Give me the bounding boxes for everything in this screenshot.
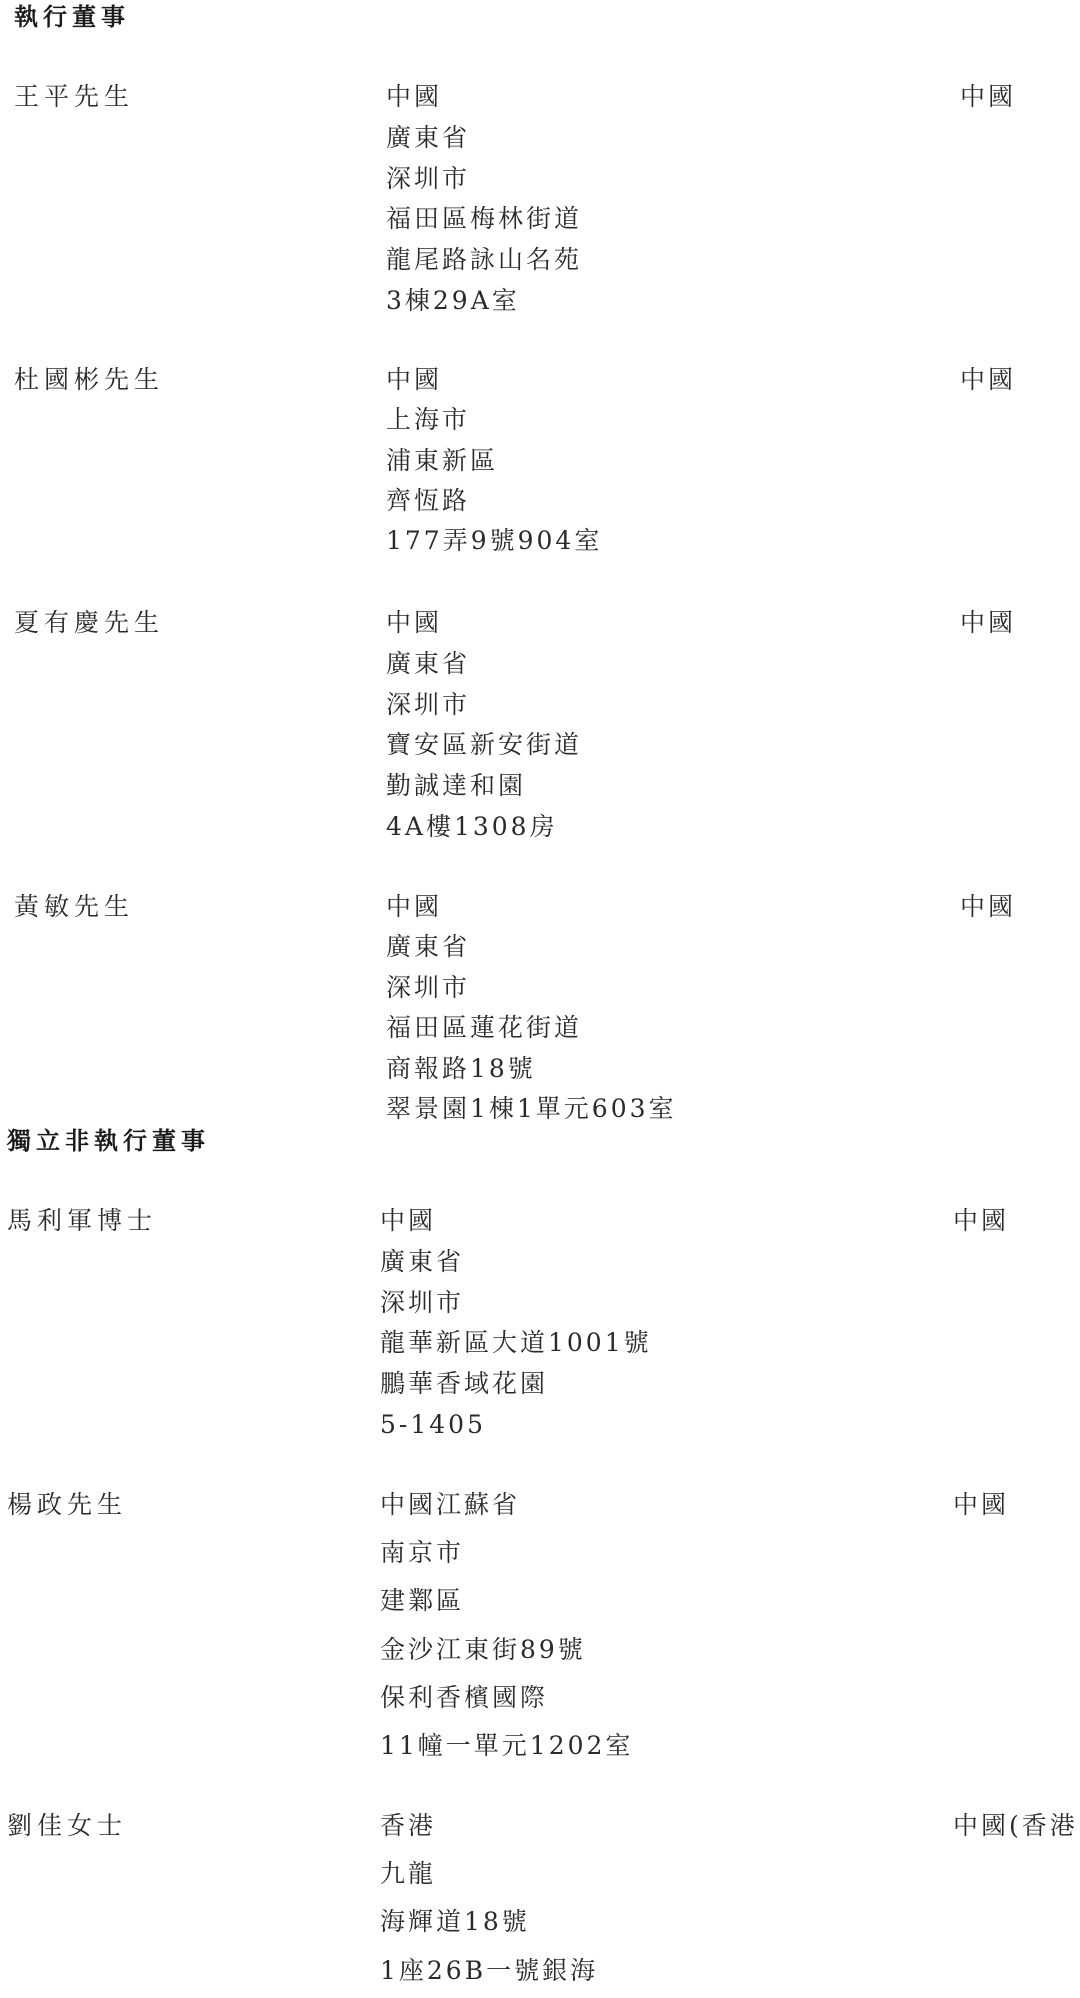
address-line: 深圳市 <box>386 164 582 205</box>
address-line: 中國 <box>386 82 582 123</box>
address-line: 海輝道18號 <box>380 1907 598 1955</box>
address-line: 177弄9號904室 <box>386 526 602 566</box>
address-line: 寶安區新安街道 <box>386 730 582 771</box>
address-line: 鵬華香域花園 <box>380 1369 652 1410</box>
address-line: 福田區蓮花街道 <box>386 1013 677 1053</box>
director-nationality: 中國 <box>960 365 1016 395</box>
address-line: 商報路18號 <box>386 1054 677 1094</box>
address-line: 4A樓1308房 <box>386 812 582 853</box>
director-name: 黃敏先生 <box>14 892 134 922</box>
director-name: 楊政先生 <box>7 1490 127 1520</box>
address-line: 勤誠達和園 <box>386 771 582 812</box>
director-address: 中國 廣東省 深圳市 龍華新區大道1001號 鵬華香域花園 5-1405 <box>380 1206 652 1451</box>
director-name: 馬利軍博士 <box>7 1206 157 1236</box>
address-line: 中國 <box>386 365 602 405</box>
director-address: 中國 廣東省 深圳市 福田區梅林街道 龍尾路詠山名苑 3棟29A室 <box>386 82 582 327</box>
address-line: 中國 <box>386 608 582 649</box>
address-line: 廣東省 <box>380 1247 652 1288</box>
director-name: 王平先生 <box>14 82 134 112</box>
director-nationality: 中國 <box>960 892 1016 922</box>
director-nationality: 中國 <box>960 608 1016 638</box>
section-heading-independent-non-executive-directors: 獨立非執行董事 <box>7 1126 210 1156</box>
address-line: 金沙江東街89號 <box>380 1635 633 1683</box>
address-line: 深圳市 <box>380 1288 652 1329</box>
director-name: 夏有慶先生 <box>14 608 164 638</box>
address-line: 齊恆路 <box>386 486 602 526</box>
director-address: 中國 廣東省 深圳市 福田區蓮花街道 商報路18號 翠景園1棟1單元603室 <box>386 892 677 1134</box>
address-line: 深圳市 <box>386 690 582 731</box>
address-line: 深圳市 <box>386 973 677 1013</box>
director-address: 中國江蘇省 南京市 建鄴區 金沙江東街89號 保利香檳國際 11幢一單元1202… <box>380 1490 633 1779</box>
address-line: 1座26B一號銀海 <box>380 1956 598 1998</box>
director-name: 劉佳女士 <box>7 1811 127 1841</box>
address-line: 廣東省 <box>386 649 582 690</box>
address-line: 保利香檳國際 <box>380 1683 633 1731</box>
address-line: 11幢一單元1202室 <box>380 1731 633 1779</box>
address-line: 翠景園1棟1單元603室 <box>386 1094 677 1134</box>
address-line: 中國 <box>380 1206 652 1247</box>
address-line: 3棟29A室 <box>386 286 582 327</box>
address-line: 5-1405 <box>380 1410 652 1451</box>
address-line: 中國江蘇省 <box>380 1490 633 1538</box>
address-line: 中國 <box>386 892 677 932</box>
director-name: 杜國彬先生 <box>14 365 164 395</box>
section-heading-executive-directors: 執行董事 <box>14 2 130 32</box>
director-nationality: 中國(香港 <box>953 1811 1078 1841</box>
director-address: 中國 上海市 浦東新區 齊恆路 177弄9號904室 <box>386 365 602 566</box>
director-address: 中國 廣東省 深圳市 寶安區新安街道 勤誠達和園 4A樓1308房 <box>386 608 582 853</box>
address-line: 九龍 <box>380 1859 598 1907</box>
address-line: 廣東省 <box>386 123 582 164</box>
address-line: 廣東省 <box>386 932 677 972</box>
address-line: 建鄴區 <box>380 1586 633 1634</box>
address-line: 福田區梅林街道 <box>386 204 582 245</box>
address-line: 南京市 <box>380 1538 633 1586</box>
address-line: 龍華新區大道1001號 <box>380 1328 652 1369</box>
director-address: 香港 九龍 海輝道18號 1座26B一號銀海 <box>380 1811 598 1998</box>
address-line: 上海市 <box>386 405 602 445</box>
director-nationality: 中國 <box>960 82 1016 112</box>
director-nationality: 中國 <box>953 1206 1009 1236</box>
address-line: 香港 <box>380 1811 598 1859</box>
address-line: 龍尾路詠山名苑 <box>386 245 582 286</box>
director-nationality: 中國 <box>953 1490 1009 1520</box>
address-line: 浦東新區 <box>386 446 602 486</box>
